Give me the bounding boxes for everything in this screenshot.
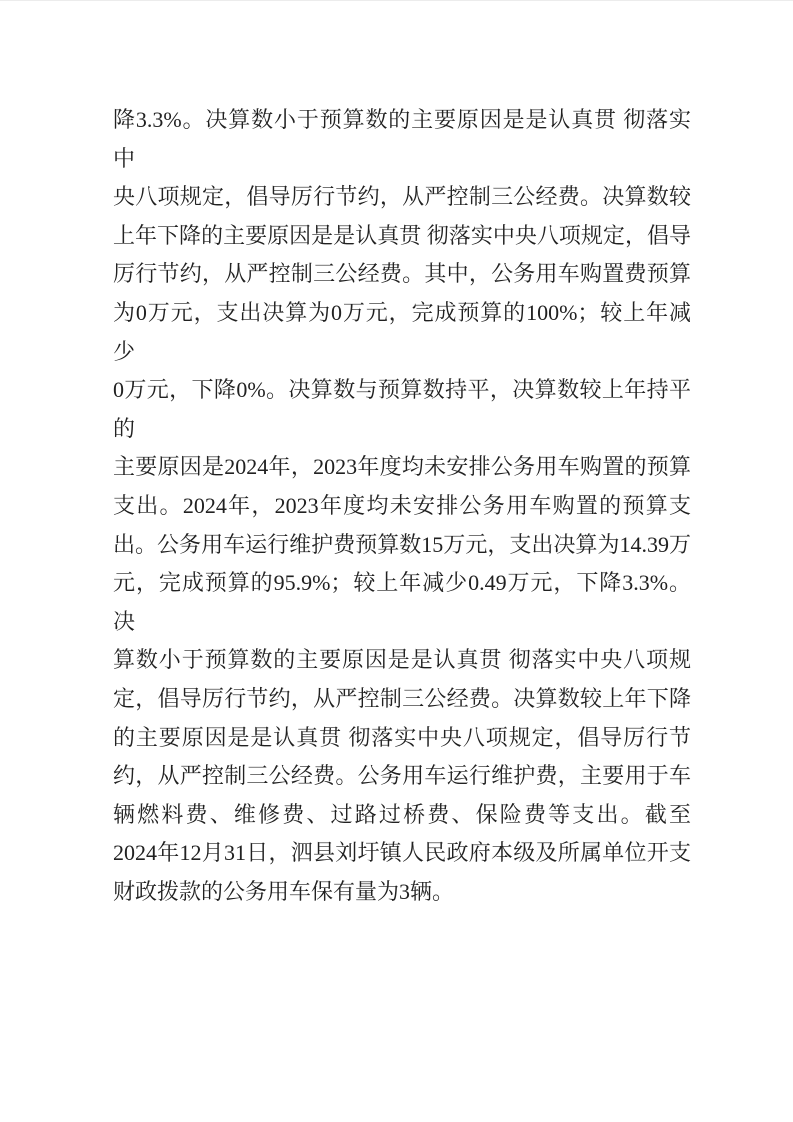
text-line: 2024年12月31日，泗县刘圩镇人民政府本级及所属单位开支: [113, 834, 691, 873]
document-page: 降3.3%。决算数小于预算数的主要原因是是认真贯 彻落实中 央八项规定，倡导厉行…: [0, 1, 793, 1122]
text-line: 支出。2024年，2023年度均未安排公务用车购置的预算支: [113, 487, 691, 526]
text-line: 0万元，下降0%。决算数与预算数持平，决算数较上年持平的: [113, 371, 691, 448]
body-text-block: 降3.3%。决算数小于预算数的主要原因是是认真贯 彻落实中 央八项规定，倡导厉行…: [113, 101, 691, 911]
text-line: 定，倡导厉行节约，从严控制三公经费。决算数较上年下降: [113, 680, 691, 719]
text-line: 元，完成预算的95.9%；较上年减少0.49万元，下降3.3%。决: [113, 564, 691, 641]
text-line: 央八项规定，倡导厉行节约，从严控制三公经费。决算数较: [113, 178, 691, 217]
text-line: 出。公务用车运行维护费预算数15万元，支出决算为14.39万: [113, 526, 691, 565]
text-line: 算数小于预算数的主要原因是是认真贯 彻落实中央八项规: [113, 641, 691, 680]
text-line: 厉行节约，从严控制三公经费。其中，公务用车购置费预算: [113, 255, 691, 294]
text-line: 上年下降的主要原因是是认真贯 彻落实中央八项规定，倡导: [113, 217, 691, 256]
text-line: 辆燃料费、维修费、过路过桥费、保险费等支出。截至: [113, 796, 691, 835]
text-line: 降3.3%。决算数小于预算数的主要原因是是认真贯 彻落实中: [113, 101, 691, 178]
text-line: 约，从严控制三公经费。公务用车运行维护费，主要用于车: [113, 757, 691, 796]
text-line: 财政拨款的公务用车保有量为3辆。: [113, 873, 691, 912]
text-line: 的主要原因是是认真贯 彻落实中央八项规定，倡导厉行节: [113, 719, 691, 758]
text-line: 主要原因是2024年，2023年度均未安排公务用车购置的预算: [113, 448, 691, 487]
text-line: 为0万元，支出决算为0万元，完成预算的100%；较上年减少: [113, 294, 691, 371]
